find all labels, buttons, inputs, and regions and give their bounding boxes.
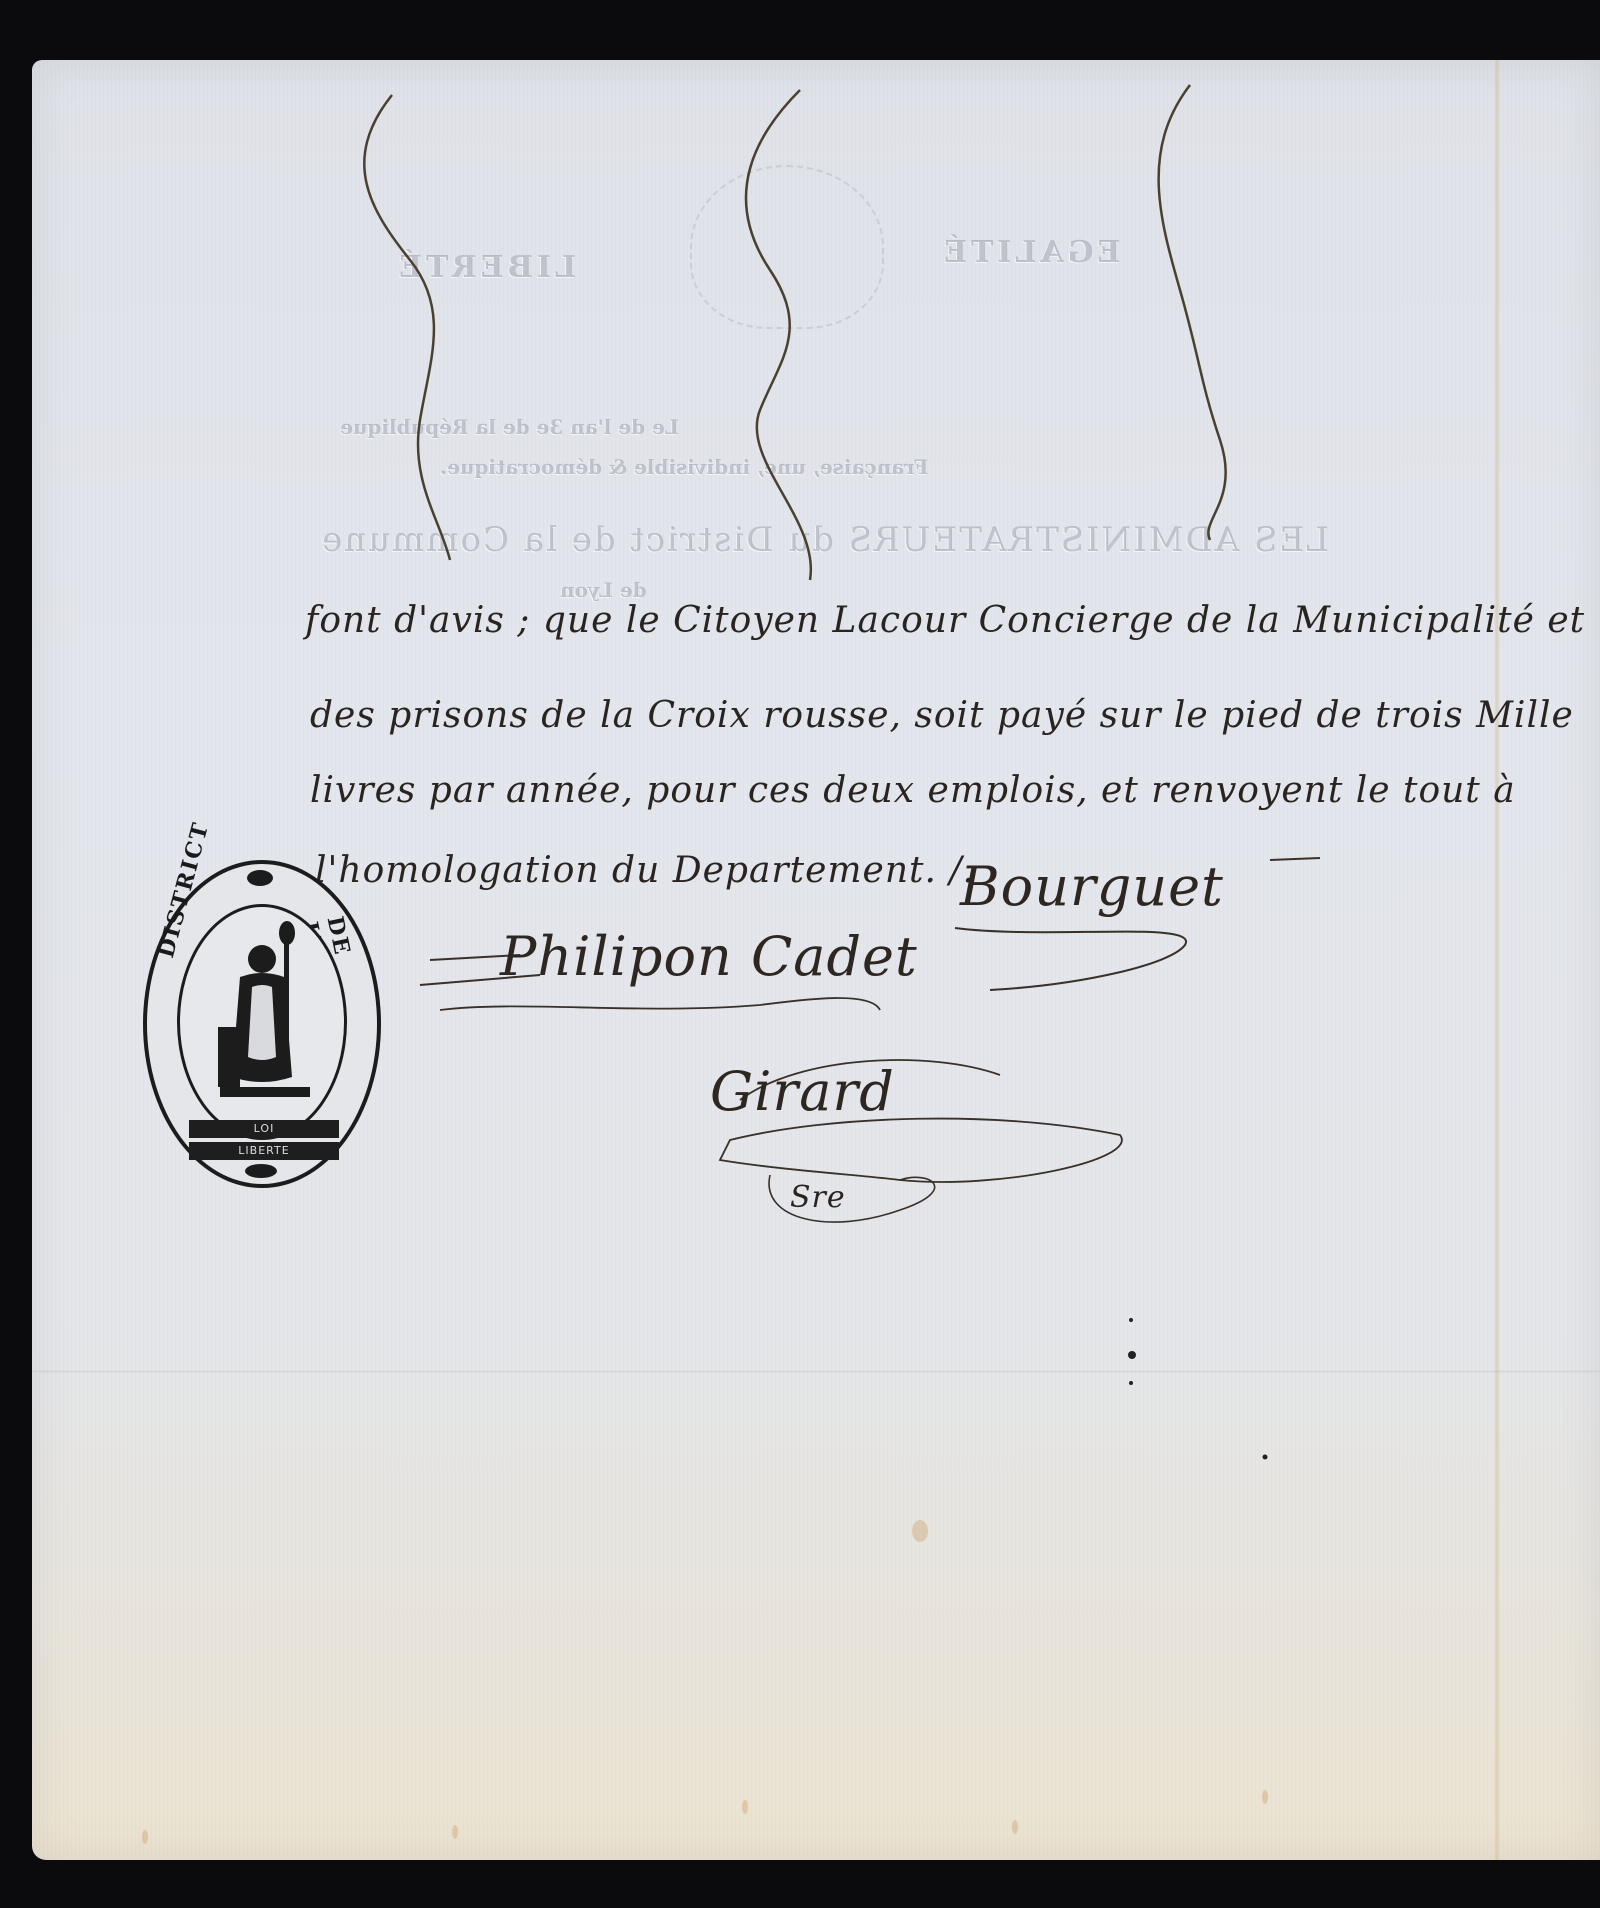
liberty-figure-icon xyxy=(180,907,344,1137)
body-line-3: livres par année, pour ces deux emplois,… xyxy=(310,770,1516,811)
seal-sun-emblem-icon xyxy=(247,870,273,886)
body-line-2: des prisons de la Croix rousse, soit pay… xyxy=(310,695,1574,736)
signature-philipon-cadet: Philipon Cadet xyxy=(500,925,918,988)
seal-band-lower: LIBERTE xyxy=(189,1142,339,1160)
signature-girard: Girard xyxy=(710,1060,895,1123)
seal-band-upper: LOI xyxy=(189,1120,339,1138)
signature-secretary: Sre xyxy=(790,1180,846,1215)
signature-bourguet: Bourguet xyxy=(960,855,1224,918)
district-seal-stamp: DISTRICT DE LYON LOI LIBERTE xyxy=(143,860,381,1188)
seal-ornament-icon xyxy=(245,1164,277,1178)
seal-inner-oval xyxy=(177,904,347,1140)
body-line-1: font d'avis ; que le Citoyen Lacour Conc… xyxy=(305,600,1585,641)
body-line-4: l'homologation du Departement. /. xyxy=(315,850,975,891)
